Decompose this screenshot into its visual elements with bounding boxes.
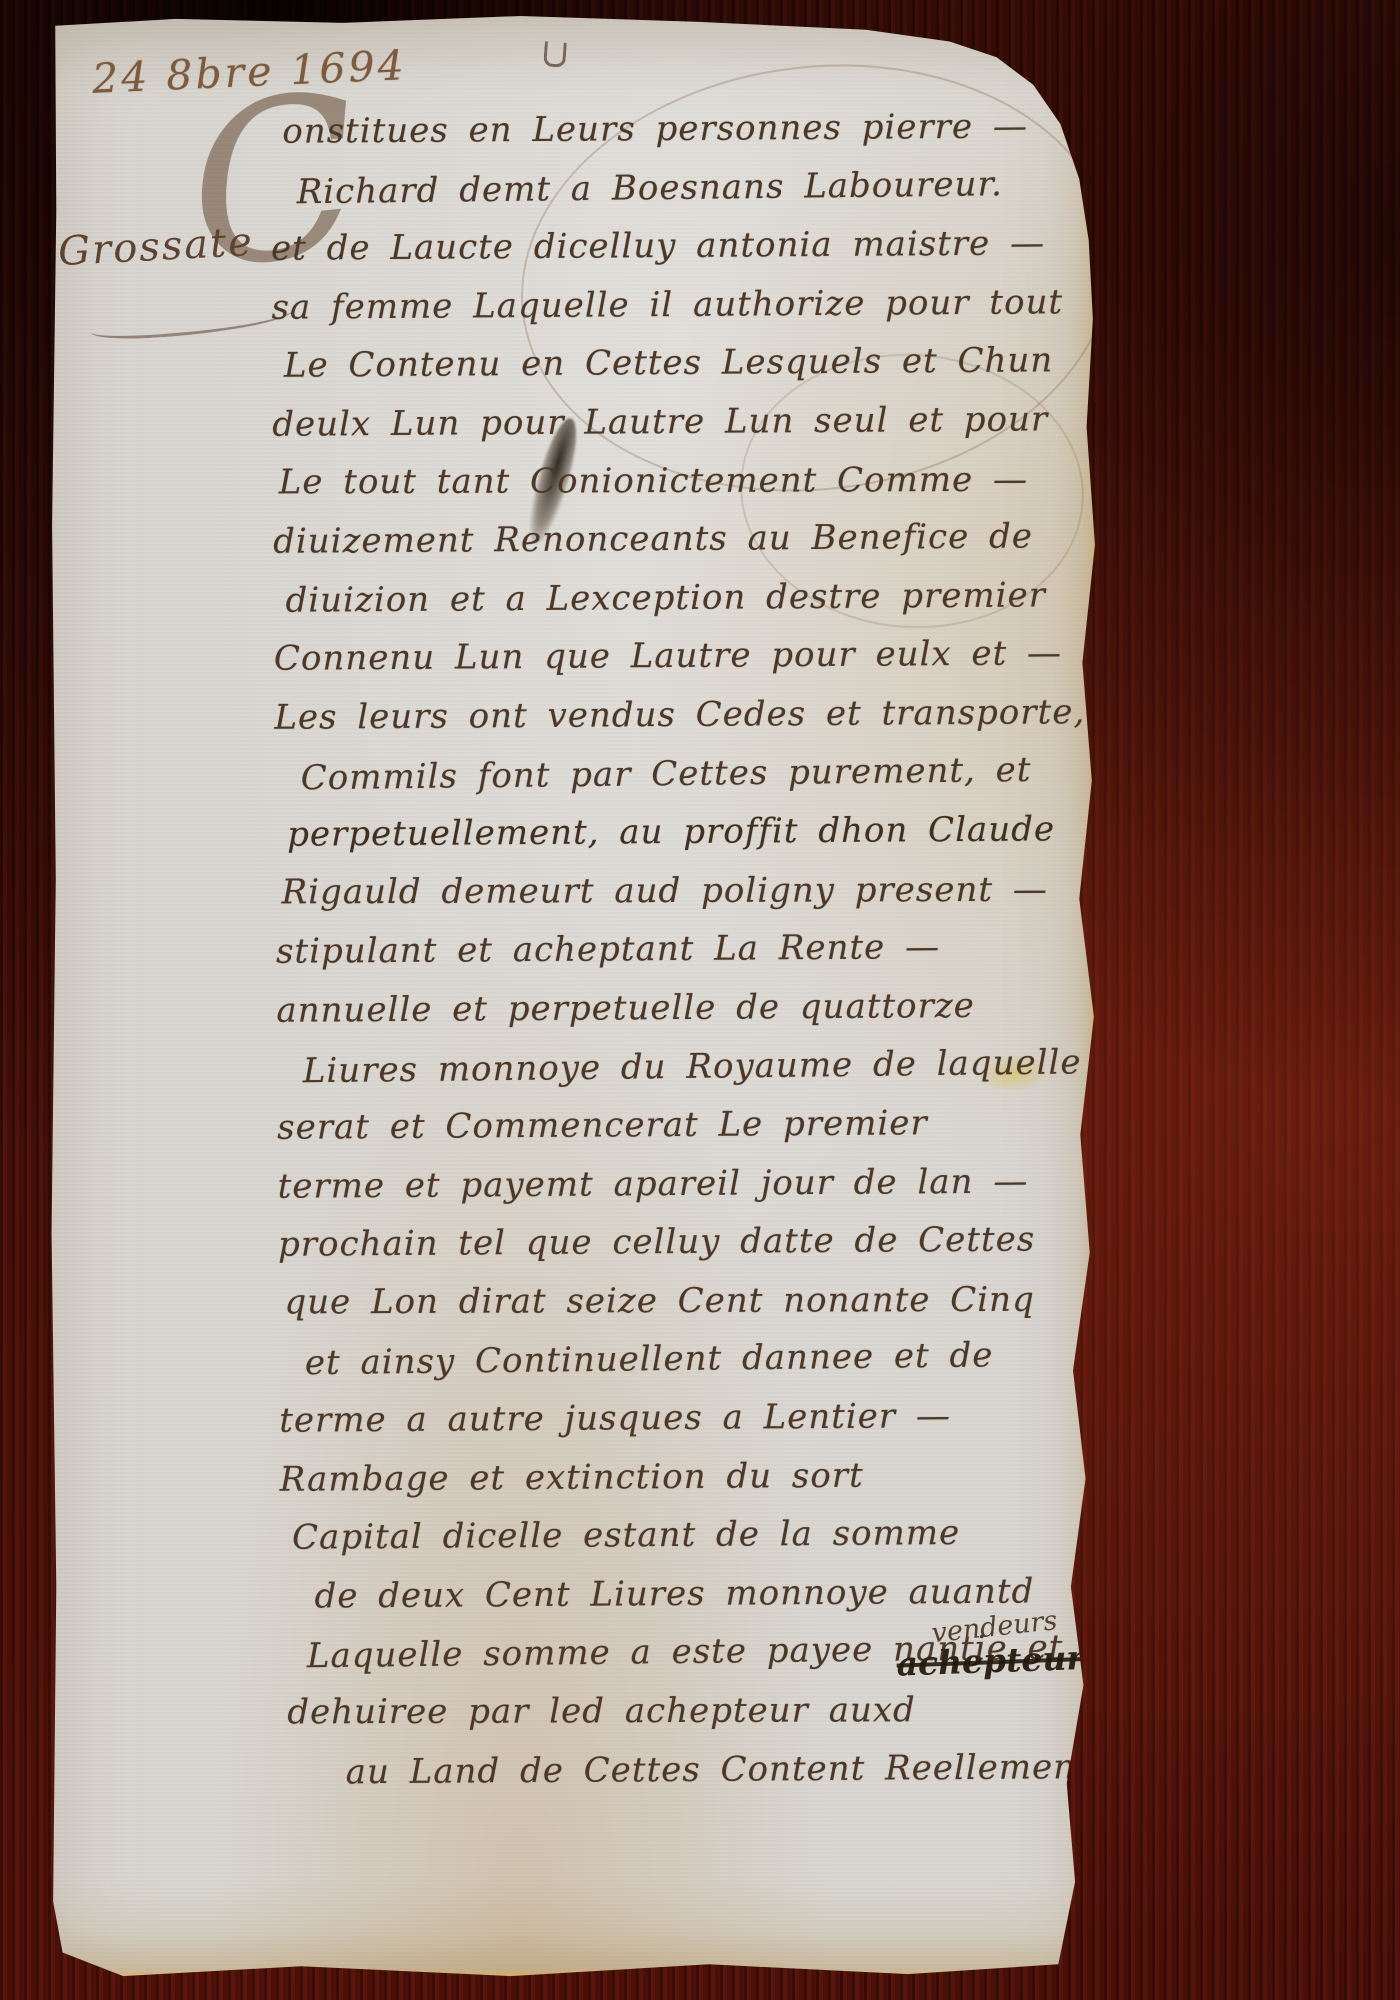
text-line: stipulant et acheptant La Rente — bbox=[276, 918, 1076, 982]
paper-right-edge-glow bbox=[1087, 132, 1096, 1980]
text-line: et ainsy Continuellent dannee et de bbox=[279, 1326, 1080, 1394]
correction-group: vendeurs achepteurs bbox=[895, 1606, 1103, 1683]
text-line: deulx Lun pour Lautre Lun seul et pour bbox=[272, 390, 1072, 454]
text-line: perpetuellement, au proffit dhon Claude bbox=[275, 800, 1075, 864]
text-line: Commils font par Cettes purement, et bbox=[274, 740, 1075, 808]
text-line: que Lon dirat seize Cent nonante Cinq bbox=[278, 1270, 1078, 1331]
text-line: annuelle et perpetuelle de quattorze bbox=[276, 976, 1076, 1040]
text-line: au Land de Cettes Content Reellement — bbox=[282, 1738, 1082, 1802]
wood-background: 24 8bre 1694 C Grossate onstitues en Leu… bbox=[0, 0, 1400, 2000]
paper-sheet: 24 8bre 1694 C Grossate onstitues en Leu… bbox=[50, 14, 1096, 1980]
text-line: et de Laucte dicelluy antonia maistre — bbox=[271, 214, 1071, 278]
text-line: prochain tel que celluy datte de Cettes bbox=[278, 1210, 1078, 1274]
margin-note-flourish bbox=[89, 299, 296, 342]
manuscript-text: onstitues en Leurs personnes pierre —Ric… bbox=[270, 97, 1082, 1802]
text-line: Rigauld demeurt aud poligny present — bbox=[275, 860, 1075, 921]
text-line: onstitues en Leurs personnes pierre — bbox=[270, 97, 1070, 161]
text-line: terme a autre jusques a Lentier — bbox=[279, 1386, 1079, 1450]
text-line: Richard demt a Boesnans Laboureur. bbox=[270, 154, 1071, 222]
text-line: Liures monnoye du Royaume de laquelle bbox=[277, 1033, 1078, 1101]
text-line: Le tout tant Conionictement Comme — bbox=[273, 450, 1073, 511]
text-line: Connenu Lun que Lautre pour eulx et — bbox=[274, 625, 1074, 689]
text-line: sa femme Laquelle il authorize pour tout bbox=[271, 273, 1071, 337]
text-line: diuizement Renonceants au Benefice de bbox=[273, 507, 1073, 571]
text-line: serat et Commencerat Le premier bbox=[277, 1093, 1077, 1157]
top-ink-mark bbox=[543, 41, 567, 67]
text-line: Les leurs ont vendus Cedes et transporte… bbox=[274, 683, 1074, 747]
text-line: terme et payemt apareil jour de lan — bbox=[277, 1152, 1077, 1216]
text-line: diuizion et a Lexception destre premier bbox=[273, 566, 1073, 630]
text-line: Capital dicelle estant de la somme bbox=[280, 1503, 1080, 1567]
text-line: Rambage et extinction du sort bbox=[279, 1445, 1079, 1509]
text-line: dehuiree par led achepteur auxd bbox=[281, 1681, 1081, 1742]
text-line: Le Contenu en Cettes Lesquels et Chun bbox=[272, 332, 1072, 396]
paper-bottom-edge-glow bbox=[50, 1968, 1096, 1980]
correction-struck-word: achepteurs bbox=[896, 1637, 1103, 1683]
